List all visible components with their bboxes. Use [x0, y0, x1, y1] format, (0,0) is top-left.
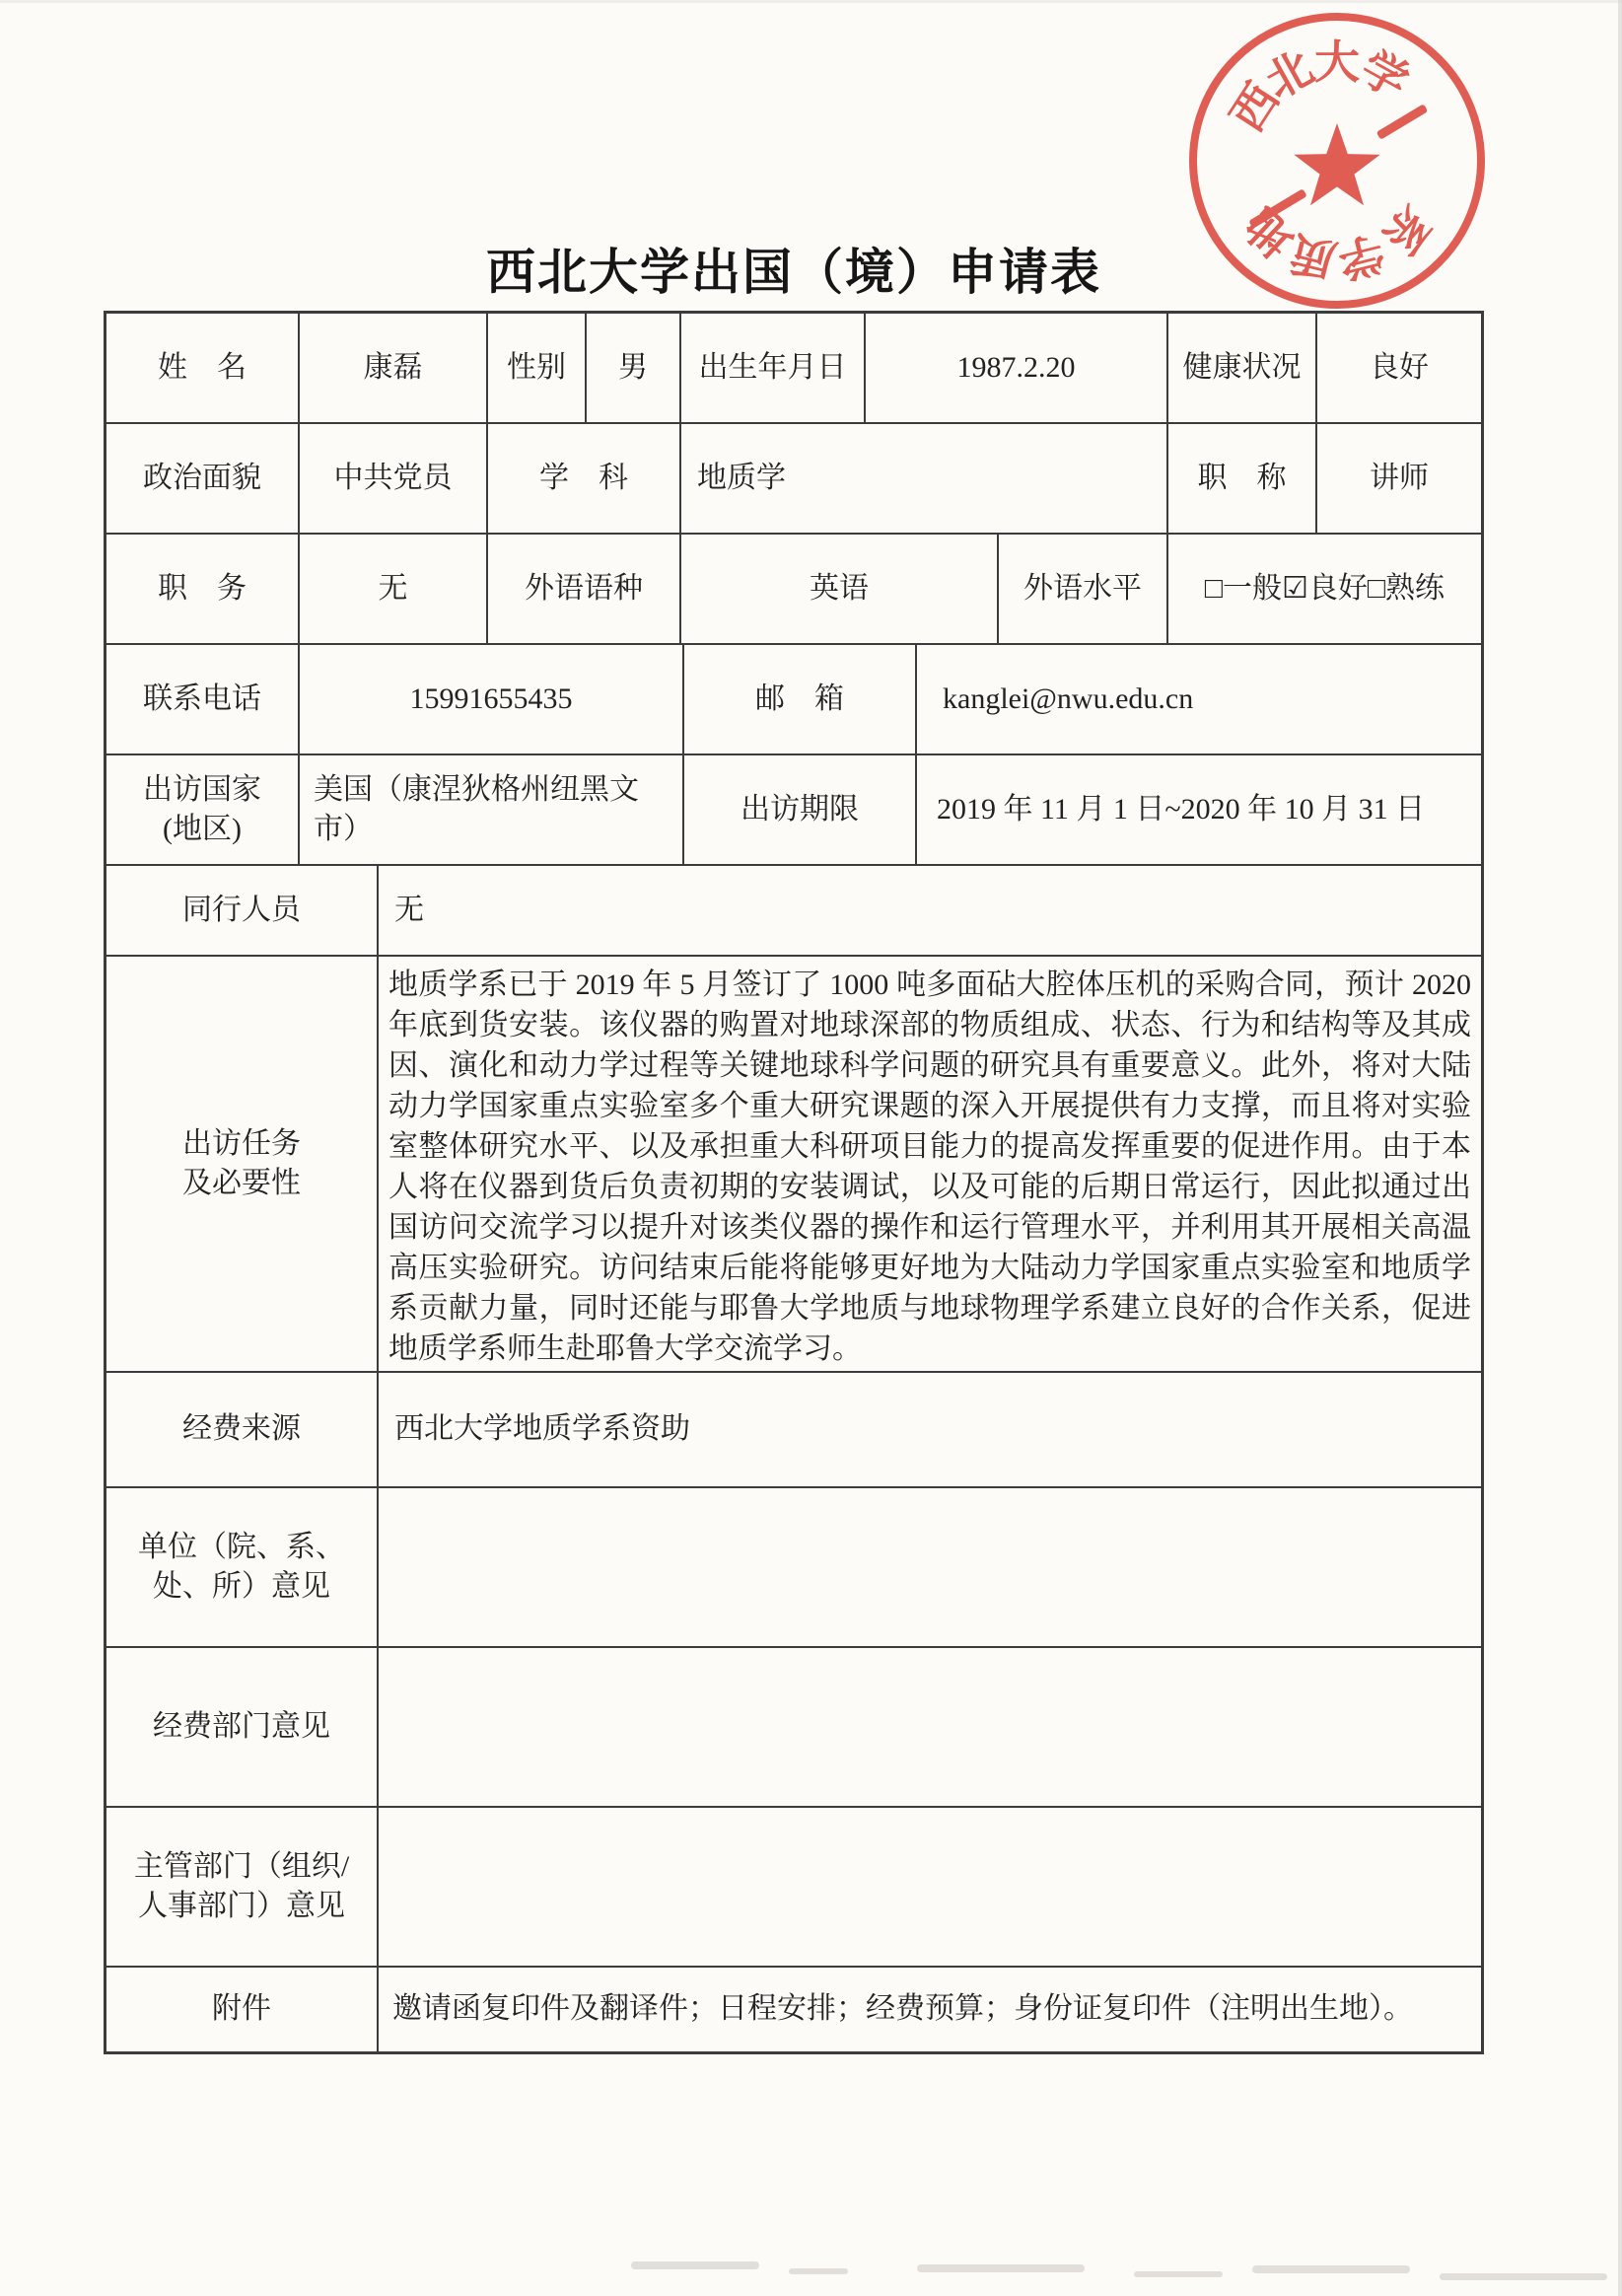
attachments-value: 邀请函复印件及翻译件；日程安排；经费预算；身份证复印件（注明出生地）。	[377, 1968, 1481, 2051]
form-row-language: 职 务 无 外语语种 英语 外语水平 □一般☑良好□熟练	[106, 533, 1481, 643]
unit-opinion-label-line2: 处、所）意见	[153, 1567, 330, 1608]
unit-opinion-label: 单位（院、系、 处、所）意见	[106, 1488, 377, 1646]
visit-task-label-line2: 及必要性	[182, 1164, 301, 1204]
duty-label: 职 务	[106, 535, 298, 643]
application-form-table: 姓 名 康磊 性别 男 出生年月日 1987.2.20 健康状况 良好 政治面貌…	[104, 311, 1484, 2054]
destination-value: 美国（康涅狄格州纽黑文市）	[298, 755, 682, 864]
form-row-destination: 出访国家 (地区) 美国（康涅狄格州纽黑文市） 出访期限 2019 年 11 月…	[106, 753, 1481, 864]
form-row-attachments: 附件 邀请函复印件及翻译件；日程安排；经费预算；身份证复印件（注明出生地）。	[106, 1966, 1481, 2051]
funding-source-value: 西北大学地质学系资助	[377, 1373, 1481, 1486]
scan-streak-artifact	[631, 2261, 759, 2269]
form-row-unit-opinion: 单位（院、系、 处、所）意见	[106, 1486, 1481, 1646]
name-label: 姓 名	[106, 314, 298, 422]
gender-value: 男	[585, 314, 679, 422]
funding-source-label: 经费来源	[106, 1373, 377, 1486]
email-value: kanglei@nwu.edu.cn	[915, 645, 1201, 753]
stamp-character: 北	[1254, 38, 1321, 106]
phone-label: 联系电话	[106, 645, 298, 753]
gender-label: 性别	[486, 314, 585, 422]
supervisor-dept-opinion-label-line2: 人事部门）意见	[138, 1887, 345, 1927]
stamp-character: 学	[1353, 38, 1420, 106]
attachments-label: 附件	[106, 1968, 377, 2051]
language-level-label: 外语水平	[997, 535, 1166, 643]
unit-opinion-label-line1: 单位（院、系、	[138, 1528, 345, 1568]
form-row-finance-opinion: 经费部门意见	[106, 1646, 1481, 1806]
form-row-companions: 同行人员 无	[106, 864, 1481, 955]
foreign-language-label: 外语语种	[486, 535, 679, 643]
scan-edge-artifact	[0, 0, 1622, 3]
form-row-funding: 经费来源 西北大学地质学系资助	[106, 1371, 1481, 1486]
destination-label: 出访国家 (地区)	[106, 755, 298, 864]
discipline-value: 地质学	[679, 424, 1166, 533]
scan-edge-artifact	[1618, 0, 1622, 2296]
stamp-character: 大	[1312, 35, 1362, 84]
political-status-value: 中共党员	[298, 424, 486, 533]
stamp-character: 西	[1218, 71, 1286, 139]
supervisor-dept-opinion-label-line1: 主管部门（组织/	[134, 1847, 349, 1888]
form-row-basic-info: 姓 名 康磊 性别 男 出生年月日 1987.2.20 健康状况 良好	[106, 314, 1481, 422]
scan-streak-artifact	[789, 2268, 848, 2274]
star-icon	[1292, 123, 1382, 214]
form-row-contact: 联系电话 15991655435 邮 箱 kanglei@nwu.edu.cn	[106, 643, 1481, 753]
funding-dept-opinion-area	[377, 1648, 1481, 1806]
political-status-label: 政治面貌	[106, 424, 298, 533]
dob-value: 1987.2.20	[864, 314, 1166, 422]
visit-task-label: 出访任务 及必要性	[106, 957, 377, 1371]
scan-streak-artifact	[1134, 2271, 1223, 2277]
companions-value: 无	[377, 866, 1481, 955]
name-value: 康磊	[298, 314, 486, 422]
job-title-value: 讲师	[1315, 424, 1481, 533]
phone-value: 15991655435	[298, 645, 682, 753]
companions-label: 同行人员	[106, 866, 377, 955]
funding-dept-opinion-label: 经费部门意见	[106, 1648, 377, 1806]
form-row-visit-task: 出访任务 及必要性 地质学系已于 2019 年 5 月签订了 1000 吨多面砧…	[106, 955, 1481, 1371]
stamp-mark	[1248, 188, 1306, 229]
discipline-label: 学 科	[486, 424, 679, 533]
language-level-checkboxes: □一般☑良好□熟练	[1166, 535, 1481, 643]
supervisor-dept-opinion-label: 主管部门（组织/ 人事部门）意见	[106, 1808, 377, 1966]
foreign-language-value: 英语	[679, 535, 997, 643]
supervisor-dept-opinion-area	[377, 1808, 1481, 1966]
email-label: 邮 箱	[682, 645, 915, 753]
destination-label-line2: (地区)	[163, 810, 242, 850]
form-row-dept-opinion: 主管部门（组织/ 人事部门）意见	[106, 1806, 1481, 1966]
visit-task-label-line1: 出访任务	[182, 1124, 301, 1165]
health-label: 健康状况	[1166, 314, 1315, 422]
scan-streak-artifact	[1252, 2265, 1410, 2273]
visit-task-text: 地质学系已于 2019 年 5 月签订了 1000 吨多面砧大腔体压机的采购合同…	[377, 957, 1481, 1371]
form-row-political: 政治面貌 中共党员 学 科 地质学 职 称 讲师	[106, 422, 1481, 533]
destination-label-line1: 出访国家	[143, 770, 261, 811]
scan-streak-artifact	[1440, 2273, 1607, 2280]
visit-period-value: 2019 年 11 月 1 日~2020 年 10 月 31 日	[915, 755, 1433, 864]
health-value: 良好	[1315, 314, 1481, 422]
form-title: 西北大学出国（境）申请表	[104, 233, 1484, 304]
duty-value: 无	[298, 535, 486, 643]
stamp-mark	[1376, 104, 1429, 140]
visit-period-label: 出访期限	[682, 755, 915, 864]
scan-streak-artifact	[917, 2264, 1085, 2272]
job-title-label: 职 称	[1166, 424, 1315, 533]
unit-opinion-area	[377, 1488, 1481, 1646]
dob-label: 出生年月日	[679, 314, 864, 422]
